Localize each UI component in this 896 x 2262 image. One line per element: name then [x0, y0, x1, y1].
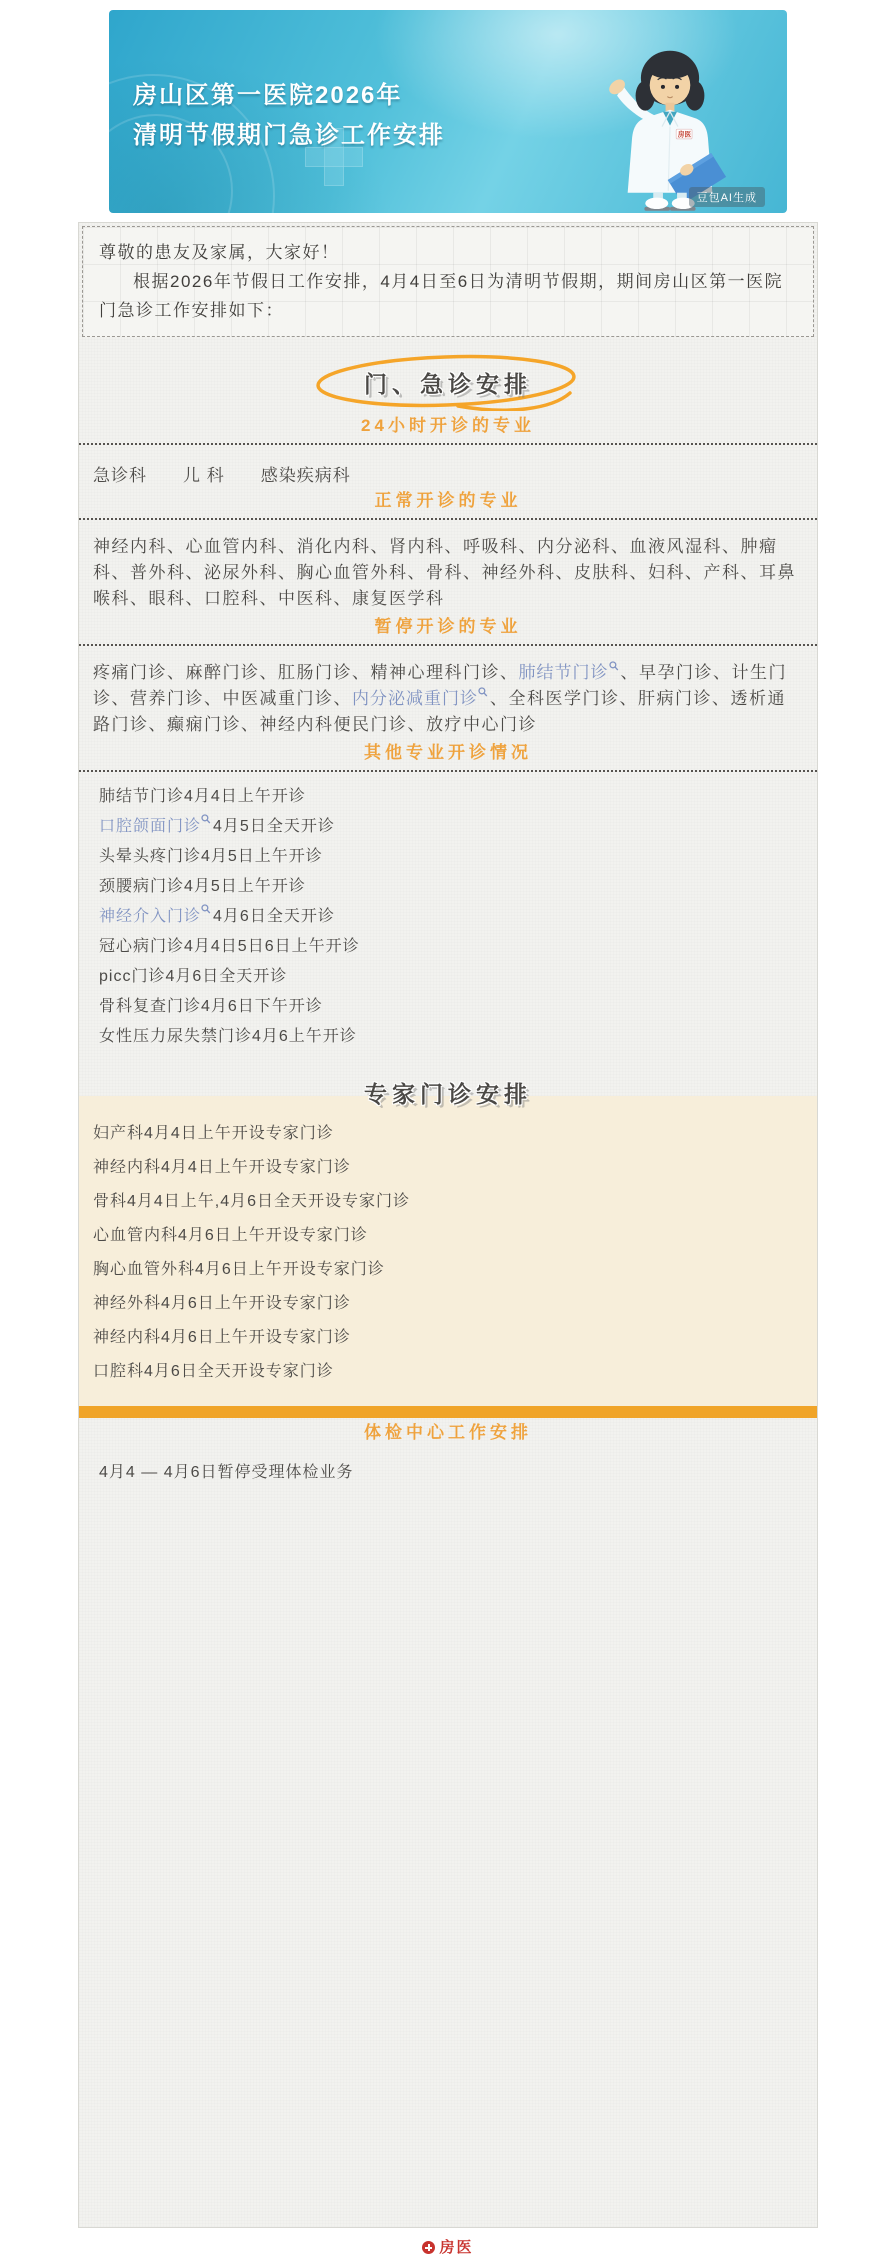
expert-item: 神经外科4月6日上午开设专家门诊: [79, 1294, 817, 1314]
expert-section-title: 专家门诊安排: [79, 1076, 817, 1109]
search-icon: [478, 687, 488, 698]
footer-logo-text: 房医: [439, 2239, 473, 2256]
paused-text: 疼痛门诊、麻醉门诊、肛肠门诊、精神心理科门诊、: [93, 663, 519, 682]
search-icon: [201, 904, 211, 915]
expert-item: 口腔科4月6日全天开设专家门诊: [79, 1362, 817, 1382]
expert-title-label: 专家门诊安排: [364, 1081, 532, 1107]
checkup-note: 4月4 — 4月6日暂停受理体检业务: [79, 1459, 817, 1482]
expert-item: 骨科4月4日上午,4月6日全天开设专家门诊: [79, 1192, 817, 1212]
expert-item: 心血管内科4月6日上午开设专家门诊: [79, 1226, 817, 1246]
dotted-divider: [79, 443, 817, 445]
ai-watermark: 豆包AI生成: [689, 187, 765, 207]
article-page: 房山区第一医院2026年 清明节假期门急诊工作安排: [0, 0, 896, 2262]
banner-title-line1: 房山区第一医院2026年: [133, 76, 445, 116]
banner-title: 房山区第一医院2026年 清明节假期门急诊工作安排: [133, 76, 445, 156]
list-item: 骨科复查门诊4月6日下午开诊: [79, 992, 817, 1022]
section-title-normal: 正常开诊的专业: [79, 486, 817, 511]
list-item: 神经介入门诊4月6日全天开诊: [79, 902, 817, 932]
section-title-other: 其他专业开诊情况: [79, 738, 817, 763]
section-title-paused: 暂停开诊的专业: [79, 612, 817, 637]
search-link[interactable]: 内分泌减重门诊: [352, 689, 478, 708]
search-icon: [609, 661, 619, 672]
orange-divider-bar: [79, 1406, 817, 1418]
departments-paused: 疼痛门诊、麻醉门诊、肛肠门诊、精神心理科门诊、肺结节门诊、早孕门诊、计生门诊、营…: [79, 660, 817, 738]
expert-item: 胸心血管外科4月6日上午开设专家门诊: [79, 1260, 817, 1280]
list-item-text: 4月5日全天开诊: [213, 818, 335, 835]
section-title-checkup: 体检中心工作安排: [79, 1418, 817, 1443]
banner-title-line2: 清明节假期门急诊工作安排: [133, 116, 445, 156]
intro-box: 尊敬的患友及家属，大家好！ 根据2026年节假日工作安排，4月4日至6日为清明节…: [82, 226, 814, 337]
departments-24h: 急诊科 儿 科 感染疾病科: [79, 461, 817, 486]
search-link[interactable]: 口腔颌面门诊: [99, 818, 201, 835]
expert-item: 神经内科4月4日上午开设专家门诊: [79, 1158, 817, 1178]
list-item: 颈腰病门诊4月5日上午开诊: [79, 872, 817, 902]
other-schedule-list: 肺结节门诊4月4日上午开诊 口腔颌面门诊4月5日全天开诊 头晕头疼门诊4月5日上…: [79, 782, 817, 1052]
dotted-divider: [79, 644, 817, 646]
list-item: 口腔颌面门诊4月5日全天开诊: [79, 812, 817, 842]
list-item: 女性压力尿失禁门诊4月6上午开诊: [79, 1022, 817, 1052]
expert-panel: 妇产科4月4日上午开设专家门诊 神经内科4月4日上午开设专家门诊 骨科4月4日上…: [79, 1096, 817, 1406]
list-item: 肺结节门诊4月4日上午开诊: [79, 782, 817, 812]
departments-normal: 神经内科、心血管内科、消化内科、肾内科、呼吸科、内分泌科、血液风湿科、肿瘤科、普…: [79, 534, 817, 612]
search-icon: [201, 814, 211, 825]
section-title-24h: 24小时开诊的专业: [79, 411, 817, 436]
list-item: 冠心病门诊4月4日5日6日上午开诊: [79, 932, 817, 962]
footer-logo: 房医: [0, 2238, 896, 2258]
content-card: 尊敬的患友及家属，大家好！ 根据2026年节假日工作安排，4月4日至6日为清明节…: [78, 222, 818, 2228]
expert-item: 妇产科4月4日上午开设专家门诊: [79, 1124, 817, 1144]
dotted-divider: [79, 518, 817, 520]
banner-image: 房山区第一医院2026年 清明节假期门急诊工作安排: [109, 10, 787, 213]
intro-paragraph: 根据2026年节假日工作安排，4月4日至6日为清明节假期，期间房山区第一医院门急…: [99, 267, 797, 325]
intro-greeting: 尊敬的患友及家属，大家好！: [99, 238, 797, 267]
search-link[interactable]: 神经介入门诊: [99, 908, 201, 925]
dotted-divider: [79, 770, 817, 772]
outpatient-badge: 门、急诊安排: [308, 353, 588, 411]
hospital-logo-icon: [422, 2241, 435, 2254]
outpatient-badge-label: 门、急诊安排: [364, 366, 532, 399]
list-item: picc门诊4月6日全天开诊: [79, 962, 817, 992]
search-link[interactable]: 肺结节门诊: [519, 663, 609, 682]
list-item: 头晕头疼门诊4月5日上午开诊: [79, 842, 817, 872]
expert-item: 神经内科4月6日上午开设专家门诊: [79, 1328, 817, 1348]
doctor-badge: 房医: [677, 130, 692, 139]
list-item-text: 4月6日全天开诊: [213, 908, 335, 925]
